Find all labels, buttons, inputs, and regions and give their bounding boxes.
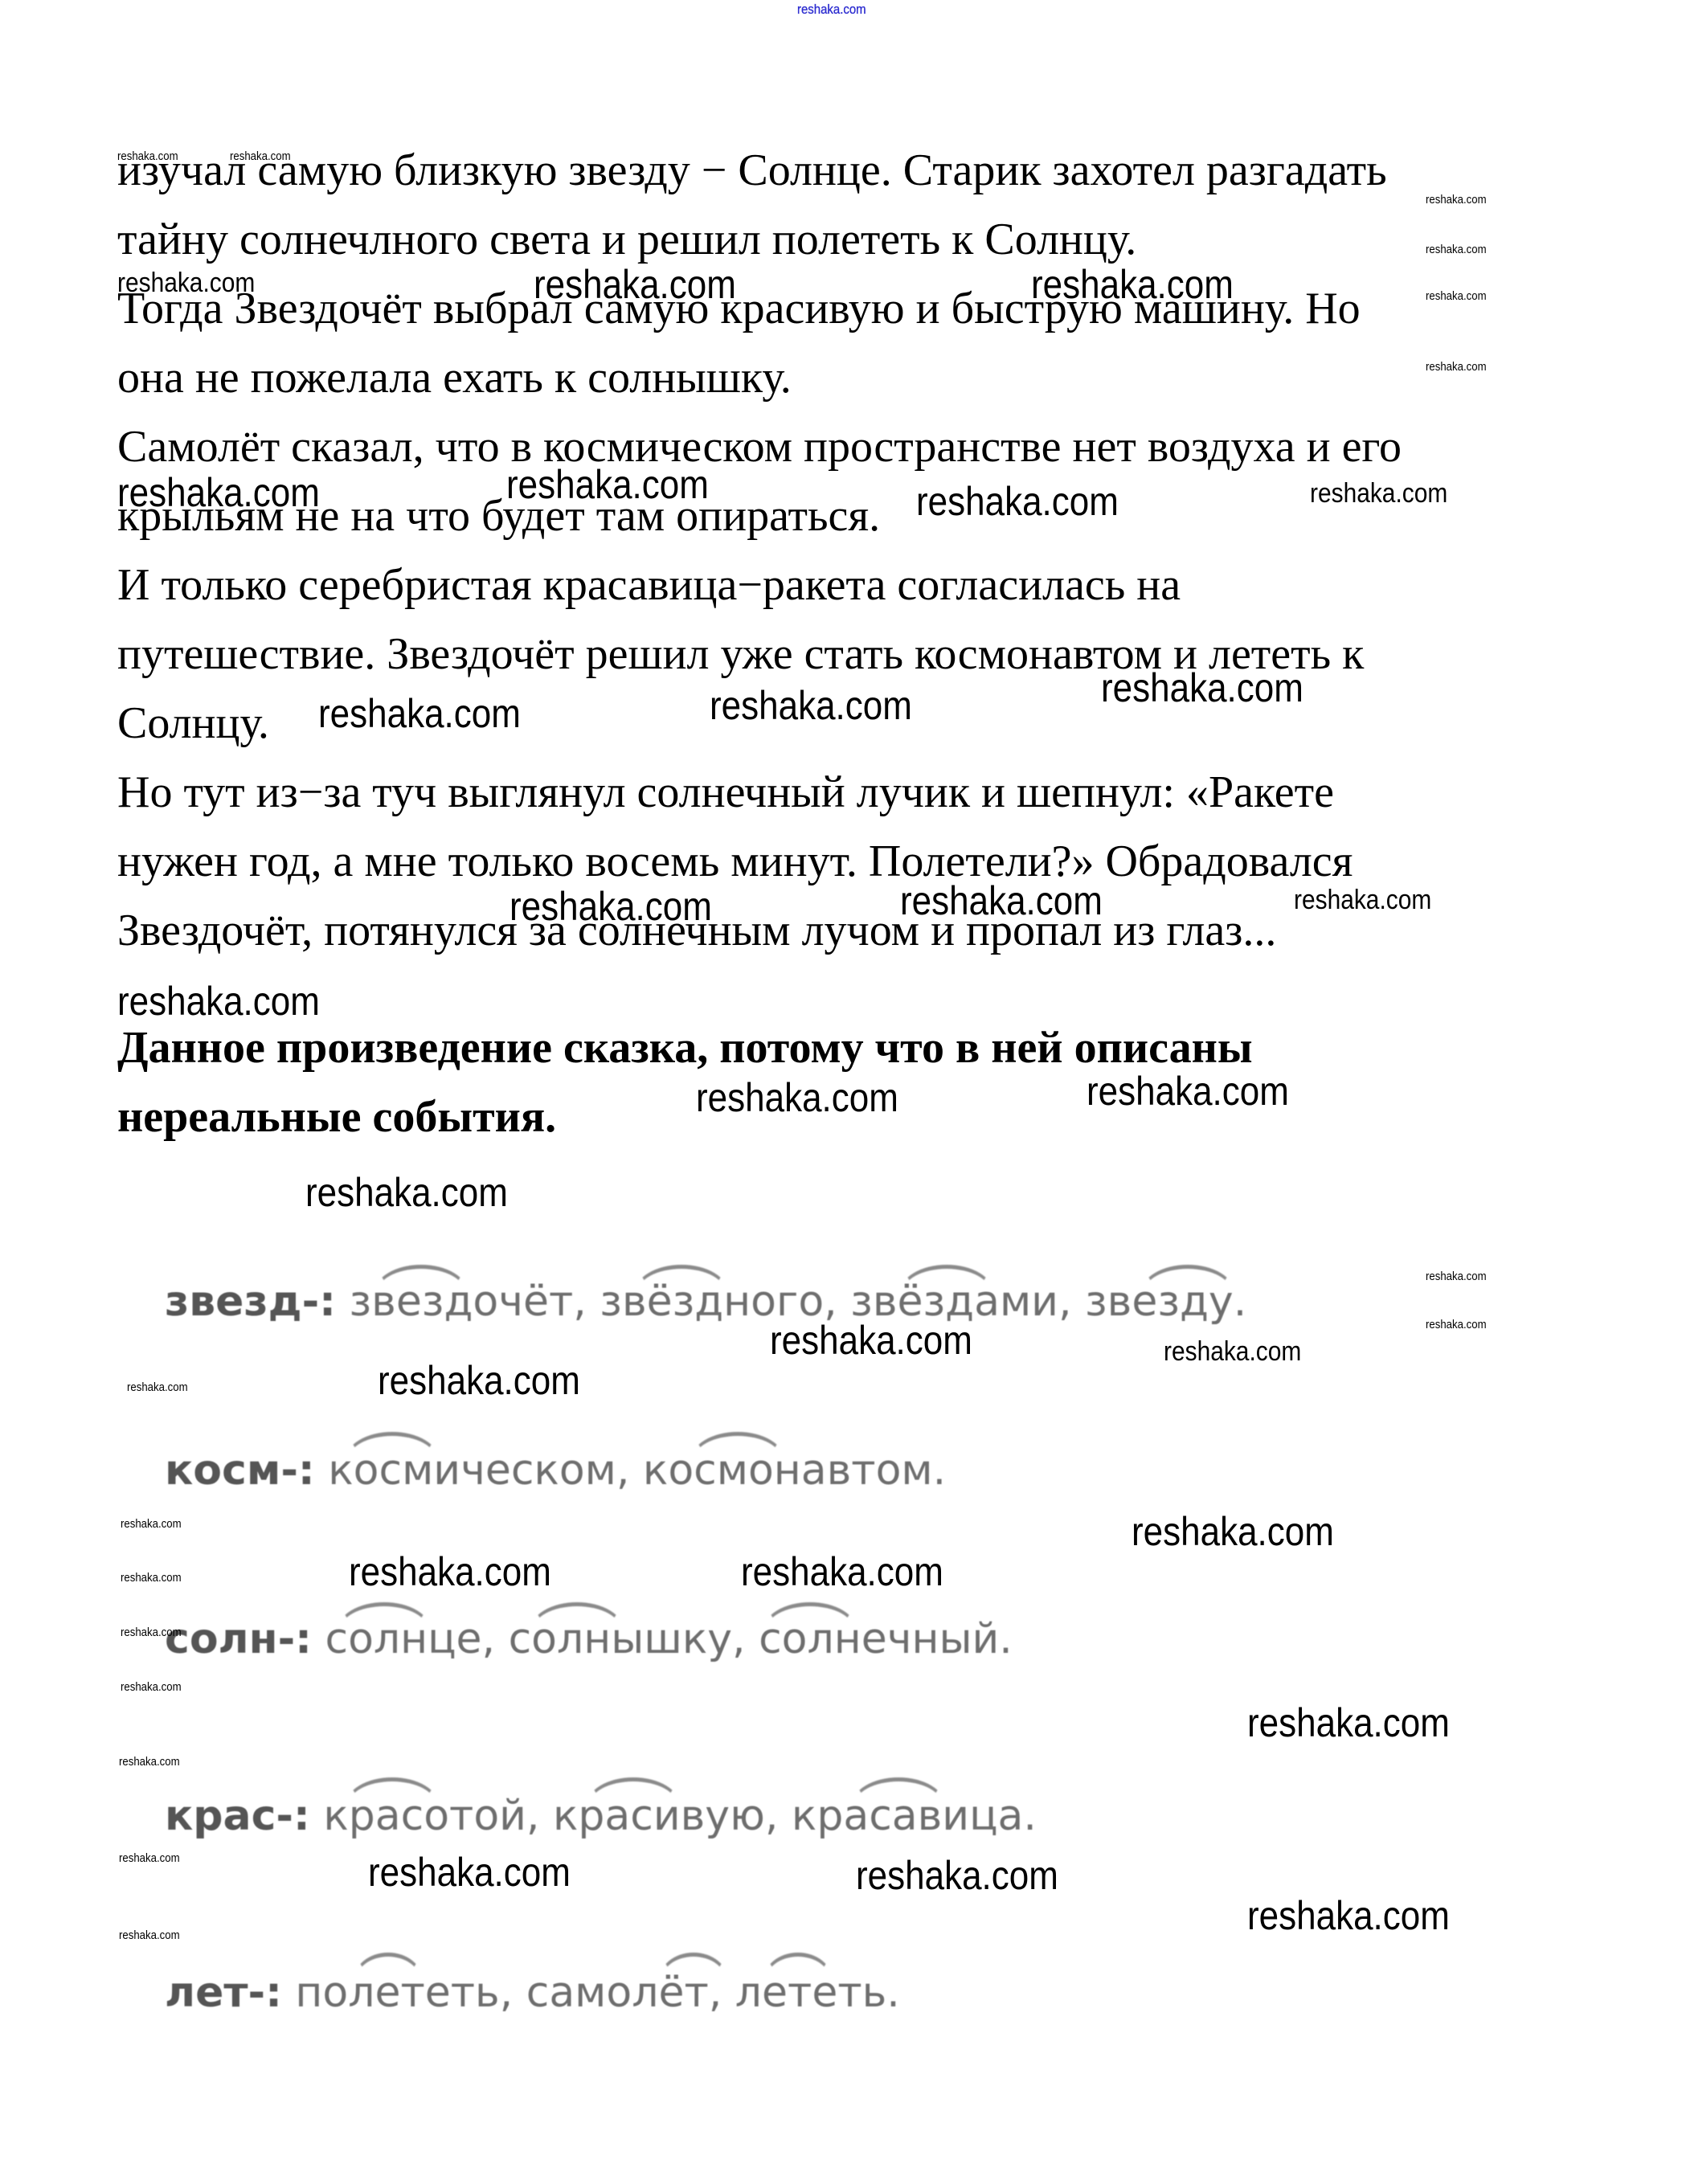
watermark: reshaka.com [1294,884,1431,916]
watermark: reshaka.com [117,979,320,1024]
watermark: reshaka.com [119,1851,180,1866]
story-line-text: И только серебристая красавица−ракета со… [117,560,1181,610]
watermark: reshaka.com [1426,1318,1487,1332]
watermark: reshaka.com [1426,243,1487,257]
story-line-text: она не пожелала ехать к солнышку. [117,353,792,403]
story-line: нужен год, а мне только восемь минут. По… [117,836,1353,887]
watermark: reshaka.com [534,262,736,307]
watermark: reshaka.com [510,884,712,929]
conclusion-line: Данное произведение сказка, потому что в… [117,1022,1253,1074]
watermark: reshaka.com [696,1075,898,1120]
story-line-text: нужен год, а мне только восемь минут. По… [117,836,1353,886]
watermark: reshaka.com [1031,262,1234,307]
story-line-text: Но тут из−за туч выглянул солнечный лучи… [117,767,1334,817]
watermark: reshaka.com [1247,1893,1450,1938]
watermark: reshaka.com [1101,665,1303,710]
root-arc-mark [338,1602,431,1630]
watermark: reshaka.com [770,1318,972,1363]
watermark: reshaka.com [117,470,320,515]
story-line-text: Солнцу. [117,698,269,748]
watermark: reshaka.com [121,1626,182,1640]
watermark: reshaka.com [741,1549,943,1594]
root-arc-mark [346,1432,439,1460]
watermark: reshaka.com [1426,289,1487,304]
root-label: звезд-: [165,1278,336,1326]
story-line: И только серебристая красавица−ракета со… [117,559,1181,611]
watermark: reshaka.com [916,479,1119,524]
root-arc-mark [763,1953,833,1981]
story-line: она не пожелала ехать к солнышку. [117,352,792,403]
story-line-text: Самолёт сказал, что в космическом простр… [117,422,1402,472]
watermark: reshaka.com [368,1850,571,1895]
root-arc-mark [852,1777,945,1806]
watermark: reshaka.com [121,1571,182,1585]
watermark: reshaka.com [121,1517,182,1532]
story-line: Солнцу. [117,697,269,749]
root-arc-mark [763,1602,857,1630]
root-arc-mark [659,1953,728,1981]
watermark: reshaka.com [900,878,1103,923]
watermark: reshaka.com [856,1853,1058,1898]
root-label: косм-: [165,1446,315,1495]
root-arc-mark [691,1432,784,1460]
watermark: reshaka.com [230,149,291,164]
watermark: reshaka.com [1087,1069,1289,1114]
root-label: солн-: [165,1615,312,1663]
watermark: reshaka.com [506,462,709,507]
watermark: reshaka.com [119,1755,180,1769]
root-arc-mark [587,1777,680,1806]
story-line: тайну солнечлного света и решил полететь… [117,214,1136,265]
root-arc-mark [635,1265,728,1293]
root-arc-mark [354,1953,423,1981]
watermark: reshaka.com [1426,1270,1487,1284]
root-arc-mark [1141,1265,1234,1293]
root-arc-mark [900,1265,993,1293]
watermark: reshaka.com [117,267,255,299]
watermark: reshaka.com [117,149,178,164]
site-header-watermark: reshaka.com [797,2,866,18]
root-label: крас-: [165,1792,310,1840]
root-arc-mark [346,1777,439,1806]
watermark: reshaka.com [305,1170,508,1215]
root-arc-mark [530,1602,624,1630]
watermark: reshaka.com [1132,1509,1334,1554]
watermark: reshaka.com [119,1928,180,1943]
watermark: reshaka.com [127,1380,188,1395]
conclusion-text: Данное произведение сказка, потому что в… [117,1023,1253,1073]
story-line: Самолёт сказал, что в космическом простр… [117,421,1402,472]
watermark: reshaka.com [1310,477,1447,509]
conclusion-line: нереальные события. [117,1091,556,1143]
story-line-text: изучал самую близкую звезду − Солнце. Ст… [117,145,1387,195]
watermark: reshaka.com [1247,1700,1450,1745]
story-line: изучал самую близкую звезду − Солнце. Ст… [117,145,1387,196]
document-page: reshaka.com изучал самую близкую звезду … [0,0,1682,2184]
root-row-kosm: косм-: космическом, космонавтом. [165,1446,946,1495]
conclusion-text: нереальные события. [117,1092,556,1142]
story-line-text: тайну солнечлного света и решил полететь… [117,215,1136,264]
watermark: reshaka.com [1164,1335,1301,1368]
watermark: reshaka.com [121,1680,182,1695]
watermark: reshaka.com [1426,193,1487,207]
watermark: reshaka.com [1426,360,1487,374]
watermark: reshaka.com [318,691,521,736]
story-line: Но тут из−за туч выглянул солнечный лучи… [117,767,1334,818]
watermark: reshaka.com [378,1358,580,1403]
watermark: reshaka.com [710,683,912,728]
root-label: лет-: [165,1969,282,2017]
watermark: reshaka.com [349,1549,551,1594]
root-arc-mark [374,1265,468,1293]
